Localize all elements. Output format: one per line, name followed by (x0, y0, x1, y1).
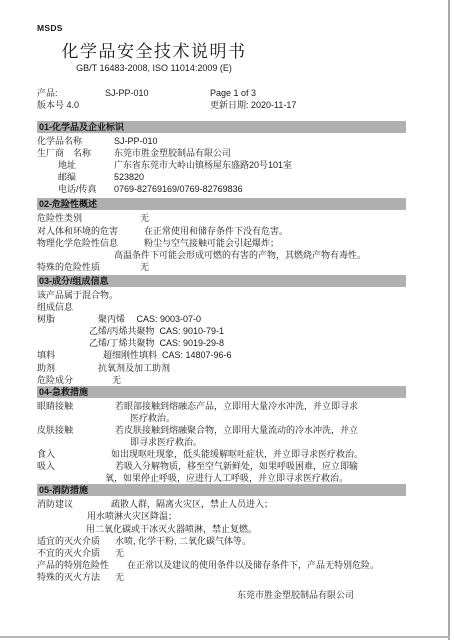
field-value: 即寻求医疗救治。 (37, 436, 202, 448)
version-label: 版本号 4.0 (37, 99, 210, 111)
field-row: 吸入 若吸入分解物质，移至空气新鲜处，如果呼吸困难，应立即输 (37, 460, 406, 472)
page-right-edge (448, 0, 450, 640)
field-value: 医疗救治。 (37, 412, 175, 424)
field-row-continuation: 用水喷淋火灾区降温； (37, 510, 406, 522)
field-value: 组成信息 (37, 301, 73, 313)
field-row: 眼睛接触 若眼部接触到熔融态产品，立即用大量冷水冲洗，并立即寻求 (37, 400, 406, 412)
field-label: 树脂 (37, 313, 98, 325)
field-value: 无 (140, 212, 149, 224)
document-header-info: 产品: SJ-PP-010 Page 1 of 3 版本号 4.0 更新日期: … (37, 87, 406, 111)
field-label: 吸入 (37, 460, 115, 472)
field-value: 在正常使用和储存条件下没有危害。 (144, 225, 288, 237)
text-row: 该产品属于混合物。 (37, 289, 406, 301)
field-label: 助剂 (37, 362, 98, 374)
section-hazard-overview: 02-危险性概述 危险性类别 无 对人体和环境的危害 在正常使用和储存条件下没有… (37, 198, 406, 272)
field-value: 该产品属于混合物。 (37, 289, 118, 301)
field-label: 消防建议 (37, 498, 111, 510)
field-label: 特殊的危险性质 (37, 261, 140, 273)
product-label: 产品: (37, 87, 105, 99)
product-code: SJ-PP-010 (105, 87, 210, 99)
field-row: 食入 如出现呕吐现象，低头能缓解呕吐症状，并立即寻求医疗救治。 (37, 448, 406, 460)
field-row-continuation: 乙烯/丙烯共聚物 CAS: 9010-79-1 (37, 325, 406, 337)
field-row: 邮编 523820 (37, 171, 406, 183)
section-first-aid: 04-急救措施 眼睛接触 若眼部接触到熔融态产品，立即用大量冷水冲洗，并立即寻求… (37, 386, 406, 485)
document-title: 化学品安全技术说明书 (37, 42, 271, 61)
field-value: 乙烯/丁烯共聚物 CAS: 9019-29-8 (37, 337, 224, 349)
field-row-continuation: 医疗救治。 (37, 412, 406, 424)
document-content: MSDS 化学品安全技术说明书 GB/T 16483-2008, ISO 110… (37, 22, 406, 601)
field-label: 食入 (37, 448, 111, 460)
field-value: 0769-82769169/0769-82769836 (114, 183, 243, 195)
field-value: 在正常以及建议的使用条件以及储存条件下，产品无特别危险。 (127, 559, 379, 571)
document-standards-subtitle: GB/T 16483-2008, ISO 11014:2009 (E) (37, 62, 271, 74)
field-value: 疏散人群，隔离火灾区，禁止人员进入； (111, 498, 273, 510)
field-value: 水喷, 化学干粉, 二氧化碳气体等。 (115, 535, 251, 547)
field-value: 粉尘与空气接触可能会引起爆炸； (144, 237, 279, 249)
text-row: 组成信息 (37, 301, 406, 313)
company-name-footer: 东莞市胜金塑胶制品有限公司 (237, 589, 406, 601)
field-value: 无 (115, 547, 124, 559)
field-row: 对人体和环境的危害 在正常使用和储存条件下没有危害。 (37, 225, 406, 237)
section-composition: 03-成分/组成信息 该产品属于混合物。 组成信息 树脂 聚丙烯 CAS: 90… (37, 275, 406, 386)
field-label: 电话/传真 (37, 183, 114, 195)
version-row: 版本号 4.0 更新日期: 2020-11-17 (37, 99, 406, 111)
field-row: 产品的特别危险性 在正常以及建议的使用条件以及储存条件下，产品无特别危险。 (37, 559, 406, 571)
field-value: 高温条件下可能会形成可燃的有害的产物，其燃烧产物有毒性。 (37, 249, 366, 261)
field-label: 皮肤接触 (37, 424, 115, 436)
section-chemical-identification: 01-化学品及企业标识 化学品名称 SJ-PP-010 生厂商 名称 东莞市胜金… (37, 121, 406, 195)
field-row: 不宜的灭火介质 无 (37, 547, 406, 559)
field-row: 电话/传真 0769-82769169/0769-82769836 (37, 183, 406, 195)
section-header: 03-成分/组成信息 (37, 275, 406, 287)
field-row-continuation: 高温条件下可能会形成可燃的有害的产物，其燃烧产物有毒性。 (37, 249, 406, 261)
field-label: 地址 (37, 159, 114, 171)
field-value: 乙烯/丙烯共聚物 CAS: 9010-79-1 (37, 325, 224, 337)
msds-label: MSDS (37, 22, 406, 34)
field-row-continuation: 乙烯/丁烯共聚物 CAS: 9019-29-8 (37, 337, 406, 349)
section-header: 04-急救措施 (37, 386, 406, 398)
field-label: 邮编 (37, 171, 114, 183)
field-label: 物理化学危险性信息 (37, 237, 144, 249)
field-value: 氧，如果停止呼吸，应进行人工呼吸，并立即寻求医疗救治。 (37, 472, 348, 484)
field-row: 填料 超细刚性填料 CAS: 14807-96-6 (37, 349, 406, 361)
field-label: 特殊的灭火方法 (37, 571, 115, 583)
field-label: 生厂商 名称 (37, 147, 114, 159)
field-label: 适宜的灭火介质 (37, 535, 115, 547)
field-value: 聚丙烯 CAS: 9003-07-0 (98, 313, 201, 325)
field-row: 危险性类别 无 (37, 212, 406, 224)
field-label: 危险成分 (37, 374, 112, 386)
field-value: 若吸入分解物质，移至空气新鲜处，如果呼吸困难，应立即输 (115, 460, 358, 472)
field-value: 东莞市胜金塑胶制品有限公司 (114, 147, 231, 159)
update-date: 更新日期: 2020-11-17 (210, 99, 296, 111)
field-value: 如出现呕吐现象，低头能缓解呕吐症状，并立即寻求医疗救治。 (111, 448, 363, 460)
field-row: 适宜的灭火介质 水喷, 化学干粉, 二氧化碳气体等。 (37, 535, 406, 547)
field-row: 皮肤接触 若皮肤接触到熔融聚合物，立即用大量流动的冷水冲洗，并立 (37, 424, 406, 436)
field-value: 无 (140, 261, 149, 273)
field-value: 若眼部接触到熔融态产品，立即用大量冷水冲洗，并立即寻求 (115, 400, 358, 412)
field-value: 523820 (114, 171, 144, 183)
field-value: 广东省东莞市大岭山镇杨屋东盛路20号101室 (114, 159, 292, 171)
field-row: 消防建议 疏散人群，隔离火灾区，禁止人员进入； (37, 498, 406, 510)
field-value: 用二氧化碳或干冰灭火器喷淋，禁止复燃。 (37, 523, 257, 535)
field-label: 眼睛接触 (37, 400, 115, 412)
field-label: 化学品名称 (37, 135, 114, 147)
field-value: 无 (112, 374, 121, 386)
field-row: 地址 广东省东莞市大岭山镇杨屋东盛路20号101室 (37, 159, 406, 171)
field-row-continuation: 即寻求医疗救治。 (37, 436, 406, 448)
section-fire-fighting: 05-消防措施 消防建议 疏散人群，隔离火灾区，禁止人员进入； 用水喷淋火灾区降… (37, 484, 406, 583)
product-row: 产品: SJ-PP-010 Page 1 of 3 (37, 87, 406, 99)
field-value: SJ-PP-010 (114, 135, 158, 147)
field-value: 用水喷淋火灾区降温； (37, 510, 177, 522)
msds-document-page: MSDS 化学品安全技术说明书 GB/T 16483-2008, ISO 110… (0, 0, 454, 642)
section-header: 05-消防措施 (37, 484, 406, 496)
section-header: 01-化学品及企业标识 (37, 121, 406, 133)
field-row: 危险成分 无 (37, 374, 406, 386)
page-bottom-edge (0, 636, 450, 638)
field-row: 化学品名称 SJ-PP-010 (37, 135, 406, 147)
field-row: 特殊的灭火方法 无 (37, 571, 406, 583)
field-row-continuation: 用二氧化碳或干冰灭火器喷淋，禁止复燃。 (37, 523, 406, 535)
field-value: 无 (115, 571, 124, 583)
field-value: 若皮肤接触到熔融聚合物，立即用大量流动的冷水冲洗，并立 (115, 424, 358, 436)
field-row: 助剂 抗氧剂及加工助剂 (37, 362, 406, 374)
field-label: 不宜的灭火介质 (37, 547, 115, 559)
field-row: 特殊的危险性质 无 (37, 261, 406, 273)
field-row-continuation: 氧，如果停止呼吸，应进行人工呼吸，并立即寻求医疗救治。 (37, 472, 406, 484)
field-row: 树脂 聚丙烯 CAS: 9003-07-0 (37, 313, 406, 325)
field-label: 危险性类别 (37, 212, 140, 224)
field-row: 物理化学危险性信息 粉尘与空气接触可能会引起爆炸； (37, 237, 406, 249)
section-header: 02-危险性概述 (37, 198, 406, 210)
field-value: 抗氧剂及加工助剂 (98, 362, 170, 374)
page-number: Page 1 of 3 (210, 87, 256, 99)
field-row: 生厂商 名称 东莞市胜金塑胶制品有限公司 (37, 147, 406, 159)
title-block: 化学品安全技术说明书 GB/T 16483-2008, ISO 11014:20… (37, 42, 271, 74)
field-label: 填料 (37, 349, 103, 361)
field-label: 对人体和环境的危害 (37, 225, 144, 237)
field-value: 超细刚性填料 CAS: 14807-96-6 (103, 349, 232, 361)
field-label: 产品的特别危险性 (37, 559, 127, 571)
